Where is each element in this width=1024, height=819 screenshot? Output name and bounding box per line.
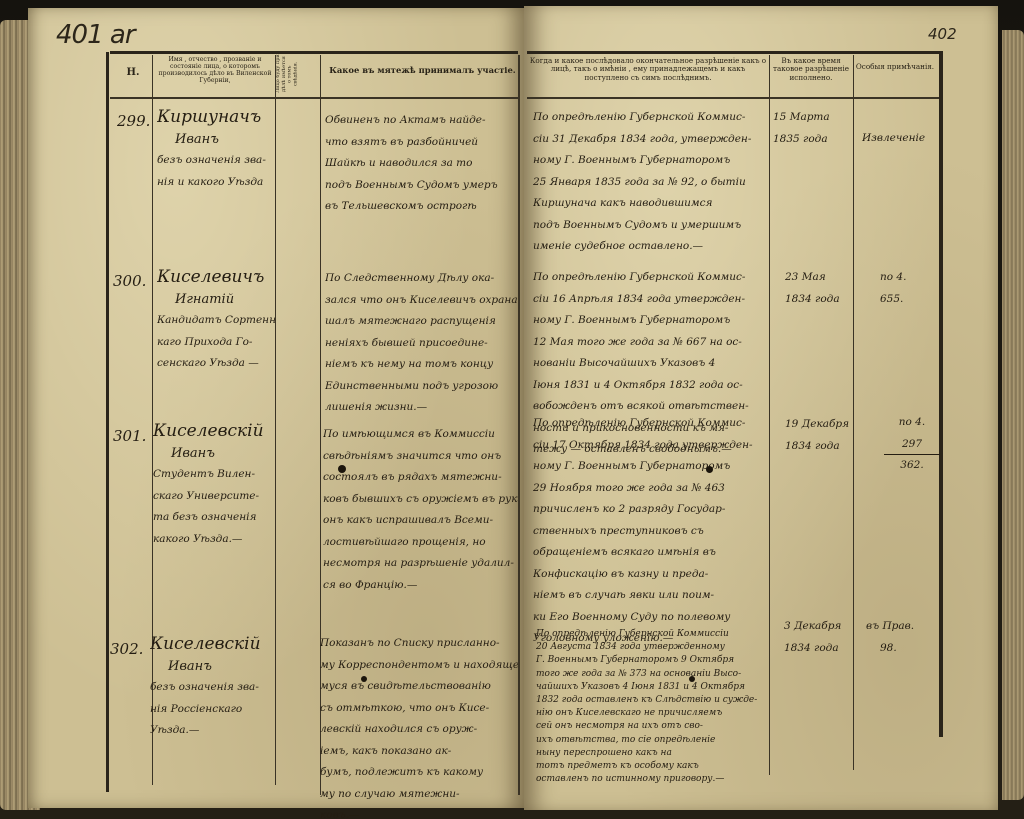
entry-participation: Обвиненъ по Актамъ найде- что взятъ въ р…: [325, 110, 518, 218]
right-header-bottom-rule: [527, 97, 943, 99]
gutter-rule: [518, 55, 520, 795]
entry-participation: Показанъ по Списку присланно- му Корресп…: [320, 633, 518, 819]
left-header-bottom-rule: [110, 97, 518, 99]
entry-number: 299.: [117, 112, 150, 130]
right-col-divider-2: [853, 55, 854, 770]
entry-decision: По опредѣленію Губернской Коммис- сіи 17…: [533, 413, 769, 650]
ink-blot: [689, 676, 695, 682]
left-outer-border: [106, 52, 109, 792]
entry-execution-time: 19 Декабря 1834 года: [785, 414, 855, 457]
header-vertical-note: Лицо буду при дѣлѣ имѣется о томъ свѣдѣн…: [276, 54, 320, 94]
entry-execution-time: 3 Декабря 1834 года: [784, 616, 856, 659]
entry-number: 301.: [113, 427, 146, 445]
header-number: Н.: [113, 67, 153, 79]
header-notes: Особыя примѣчанія.: [854, 63, 936, 71]
entry-notes: по 4. 297 362.: [884, 412, 940, 477]
header-execution-time: Въ какое время таковое разрѣшеніе исполн…: [770, 57, 852, 82]
ink-blot: [338, 465, 346, 473]
entry-number: 300.: [113, 272, 146, 290]
entry-name: Киселевскій Иванъ Студентъ Вилен- скаго …: [153, 421, 275, 550]
entry-decision: По опредѣленію Губернской Коммиссіи 20 А…: [536, 628, 772, 786]
entry-notes: Извлеченіе: [862, 128, 940, 150]
entry-execution-time: 23 Мая 1834 года: [785, 267, 853, 310]
entry-name: Киселевичъ Игнатій Кандидатъ Сортенни- к…: [157, 267, 275, 375]
entry-participation: По Следственному Дѣлу ока- зался что онъ…: [325, 268, 518, 419]
left-folio-number: 401 ar: [56, 20, 135, 50]
ink-blot: [361, 676, 367, 682]
entry-decision: По опредѣленію Губернской Коммис- сіи 31…: [533, 107, 769, 258]
entry-number: 302.: [110, 640, 143, 658]
left-col-divider-2: [275, 55, 276, 785]
header-decision: Когда и какое послѣдовало окончательное …: [528, 57, 768, 82]
header-name: Имя , отчество , прозваніе и состояніе л…: [155, 56, 275, 85]
entry-execution-time: 15 Марта 1835 года: [773, 107, 853, 150]
page-stack-right-edge: [1002, 30, 1024, 800]
entry-notes: въ Прав. 98.: [866, 616, 940, 659]
right-folio-number: 402: [928, 25, 957, 43]
entry-name: Киселевскій Иванъ безъ означенія зва- ні…: [150, 634, 275, 742]
entry-participation: По имѣющимся въ Коммиссіи свѣдѣніямъ зна…: [323, 424, 518, 596]
ink-blot: [706, 466, 713, 473]
right-top-rule: [527, 51, 943, 54]
header-participation: Какое въ мятежѣ принималъ участіе.: [325, 66, 520, 76]
entry-notes: по 4. 655.: [880, 267, 940, 310]
entry-name: Киршуначъ Иванъ безъ означенія зва- нія …: [157, 107, 275, 193]
